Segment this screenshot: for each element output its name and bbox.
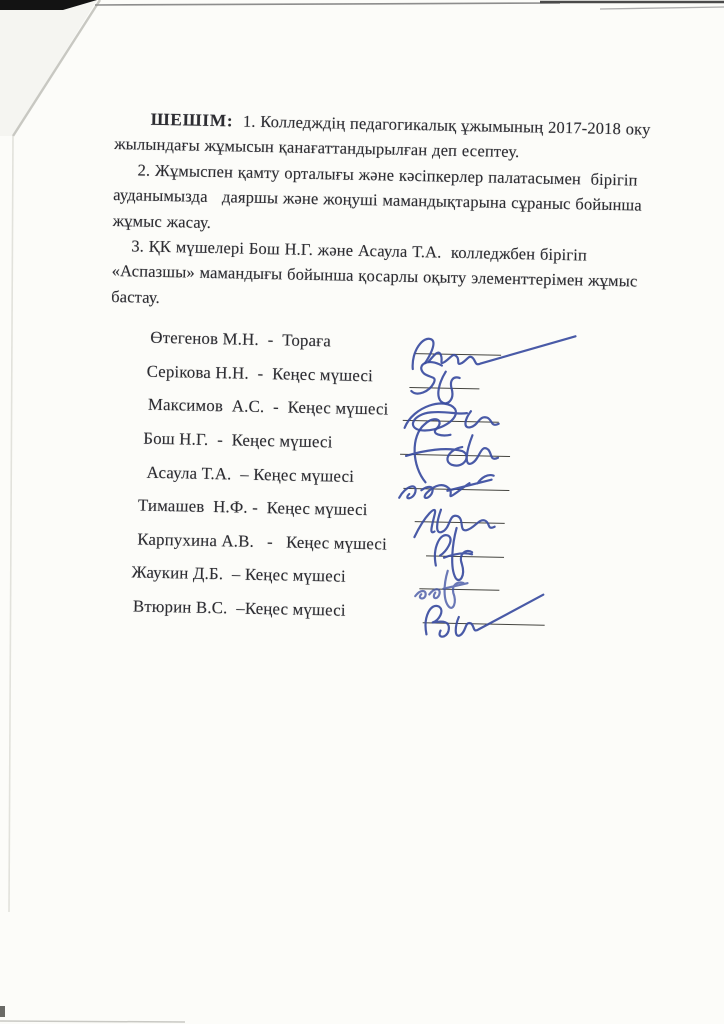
scanner-top-edge-line <box>95 3 560 5</box>
bottom-edge-line <box>0 1021 185 1022</box>
signatory-name: Максимов А.С. <box>148 395 265 416</box>
signatory-role: Кеңес мүшесі <box>245 599 346 620</box>
signature-rule-line <box>403 487 509 490</box>
signatory-name: Тимашев Н.Ф. <box>138 496 248 517</box>
signatory-dash: - <box>254 532 287 552</box>
signature-field <box>415 329 502 357</box>
signatory-label: Өтегенов М.Н. - Тораға <box>110 327 331 351</box>
signatory-dash: - <box>264 397 288 416</box>
signatory-dash: – <box>231 464 253 483</box>
paper-crease-line <box>13 0 100 136</box>
signature-field <box>419 565 500 593</box>
paper-corner-shade <box>0 0 97 136</box>
signature-rule-line <box>409 387 479 389</box>
signatory-label: Карпухина А.В. - Кеңес мүшесі <box>106 529 387 555</box>
signatory-dash: - <box>249 364 273 383</box>
signatory-label: Максимов А.С. - Кеңес мүшесі <box>109 394 389 420</box>
signatory-label: Втюрин В.С. –Кеңес мүшесі <box>105 596 346 621</box>
signatory-name: Өтегенов М.Н. <box>150 328 259 349</box>
signatory-label: Асаула Т.А. – Кеңес мүшесі <box>107 462 354 487</box>
signatory-role: Кеңес мүшесі <box>286 532 387 553</box>
signatory-role: Кеңес мүшесі <box>232 430 333 451</box>
signatory-role: Кеңес мүшесі <box>288 398 389 419</box>
signatory-role: Кеңес мүшесі <box>245 565 346 586</box>
scanned-document-page: ШЕШІМ: 1. Колледждің педагогикалық ұжымы… <box>0 0 724 1024</box>
signature-field <box>423 598 545 626</box>
signatory-dash: – <box>223 565 245 584</box>
signature-rule-line <box>426 555 504 558</box>
signature-field <box>403 396 500 424</box>
decision-paragraph-2: 2. Жұмыспен қамту орталығы және кәсіпкер… <box>112 157 724 245</box>
paper-left-edge-line <box>9 136 13 912</box>
signature-rule-line <box>415 521 505 524</box>
decision-paragraph-3: 3. ҚК мүшелері Бош Н.Г. және Асаула Т.А.… <box>111 233 724 321</box>
signature-rule-line <box>423 622 545 625</box>
signature-field <box>400 430 510 458</box>
bottom-left-smudge <box>0 1006 5 1017</box>
decision-heading: ШЕШІМ: <box>151 110 234 131</box>
signature-block: Өтегенов М.Н. - Тораға Серікова Н.Н. - К… <box>105 323 723 638</box>
signatory-label: Тимашев Н.Ф. - Кеңес мүшесі <box>107 495 368 520</box>
signatory-dash: - <box>248 498 267 517</box>
signature-rule-line <box>400 454 510 457</box>
signature-field <box>426 531 505 559</box>
signatory-name: Жаукин Д.Б. <box>131 563 223 584</box>
signatory-dash: – <box>227 598 245 617</box>
signatory-role: Тораға <box>282 331 331 351</box>
signatory-name: Асаула Т.А. <box>146 462 231 483</box>
signatory-name: Бош Н.Г. <box>143 429 208 449</box>
scanner-top-edge-faint-line <box>600 7 724 9</box>
signatory-label: Бош Н.Г. - Кеңес мүшесі <box>108 428 333 452</box>
signatory-name: Серікова Н.Н. <box>146 362 249 383</box>
signature-field <box>415 497 506 525</box>
signatory-role: Кеңес мүшесі <box>253 464 354 485</box>
signatory-role: Кеңес мүшесі <box>267 498 368 519</box>
signature-field <box>403 463 510 491</box>
signature-rule-line <box>415 353 501 356</box>
signature-rule-line <box>403 420 499 423</box>
signatory-role: Кеңес мүшесі <box>272 364 373 385</box>
document-body: ШЕШІМ: 1. Колледждің педагогикалық ұжымы… <box>105 106 724 638</box>
signatory-name: Втюрин В.С. <box>133 596 228 617</box>
signatory-name: Карпухина А.В. <box>137 529 254 550</box>
signature-field <box>409 363 480 390</box>
scanner-black-corner <box>0 0 97 10</box>
signatory-label: Жаукин Д.Б. – Кеңес мүшесі <box>105 562 346 587</box>
signatory-dash: - <box>208 430 232 449</box>
signatory-label: Серікова Н.Н. - Кеңес мүшесі <box>109 361 373 386</box>
signatory-dash: - <box>259 330 283 349</box>
signature-rule-line <box>419 589 499 592</box>
